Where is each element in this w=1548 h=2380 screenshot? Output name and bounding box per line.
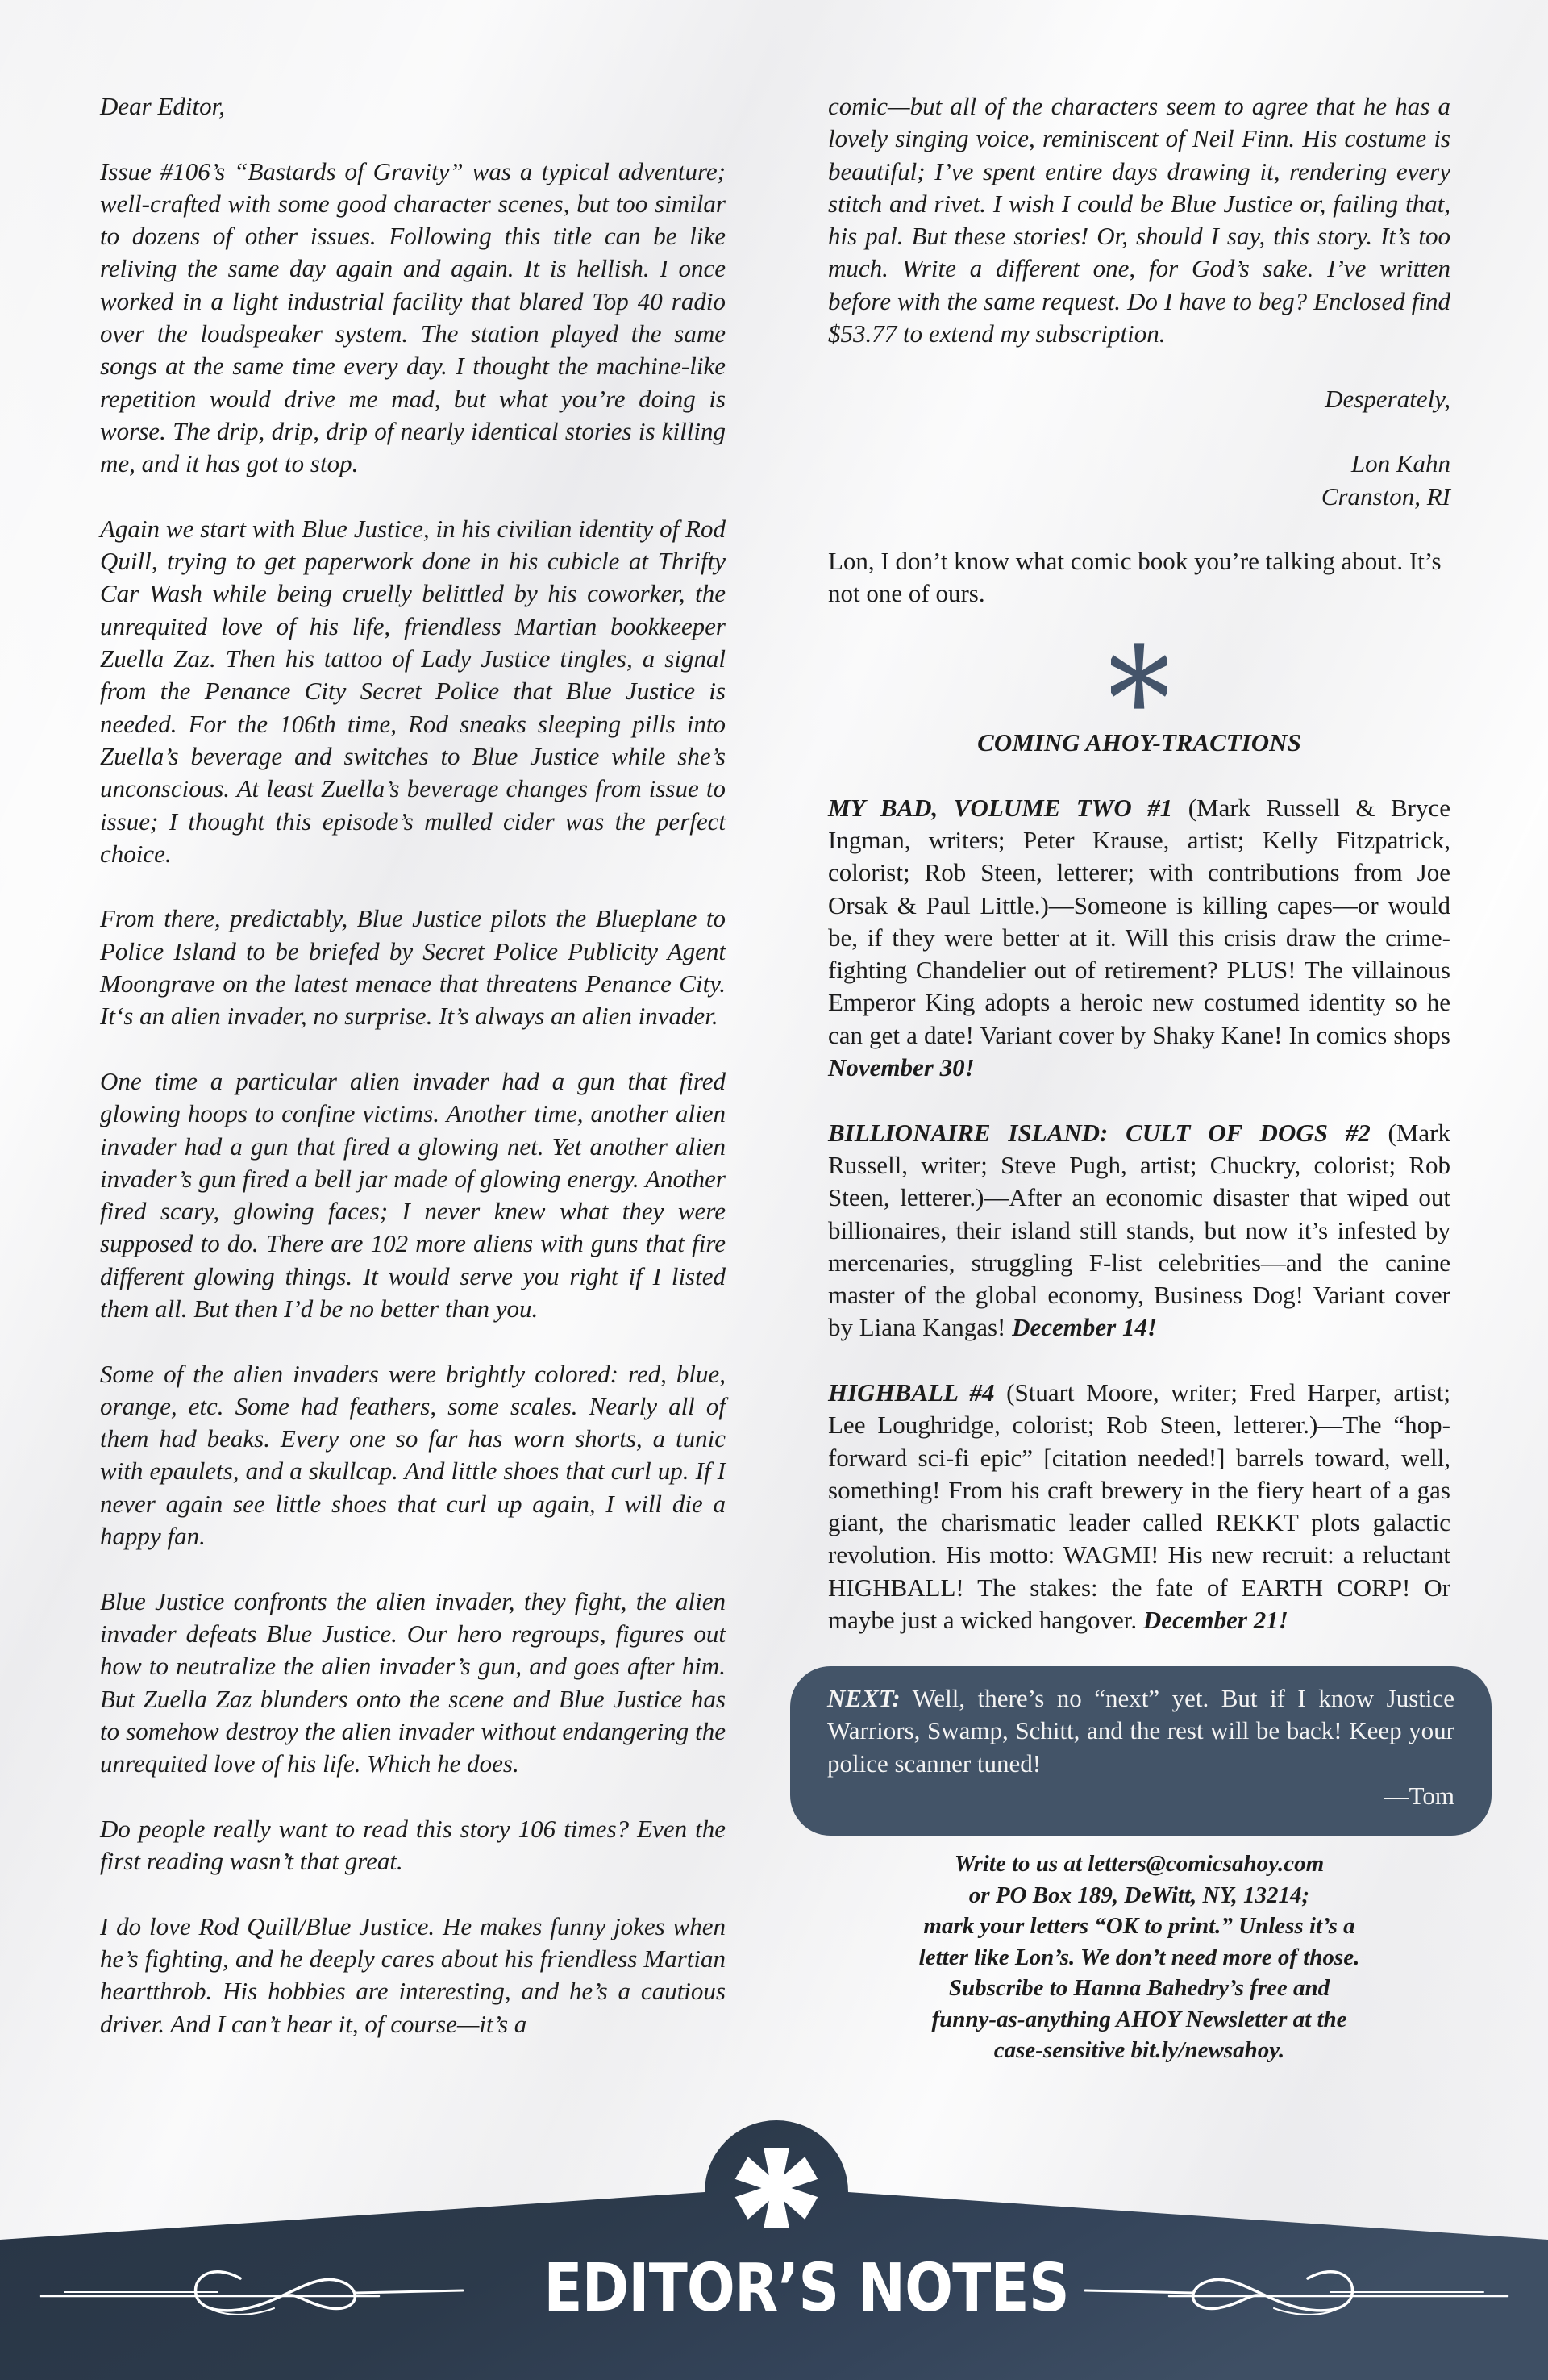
promo-title: HIGHBALL #4 <box>828 1378 994 1407</box>
promo-body: (Mark Russell, writer; Steve Pugh, artis… <box>828 1119 1450 1342</box>
promo-date: November 30! <box>828 1053 975 1082</box>
promo-item: HIGHBALL #4 (Stuart Moore, writer; Fred … <box>828 1377 1450 1636</box>
next-signoff: —Tom <box>827 1780 1454 1812</box>
next-label: NEXT: <box>827 1684 901 1712</box>
letter-paragraph: I do love Rod Quill/Blue Justice. He mak… <box>100 1911 726 2040</box>
next-text: NEXT: Well, there’s no “next” yet. But i… <box>827 1682 1454 1780</box>
letter-paragraph: One time a particular alien invader had … <box>100 1065 726 1325</box>
editor-reply: Lon, I don’t know what comic book you’re… <box>828 545 1450 611</box>
contact-line: letter like Lon’s. We don’t need more of… <box>828 1942 1450 1974</box>
promo-body: (Mark Russell & Bryce Ingman, writers; P… <box>828 794 1450 1049</box>
letter-signature-block: Desperately, Lon Kahn Cranston, RI <box>828 383 1450 513</box>
letter-paragraph: Do people really want to read this story… <box>100 1813 726 1878</box>
contact-line: funny-as-anything AHOY Newsletter at the <box>828 2004 1450 2036</box>
next-issue-box: NEXT: Well, there’s no “next” yet. But i… <box>790 1666 1492 1836</box>
letter-paragraph: Again we start with Blue Justice, in his… <box>100 513 726 870</box>
promo-title: MY BAD, VOLUME TWO #1 <box>828 794 1172 822</box>
section-divider <box>828 643 1450 709</box>
promo-item: BILLIONAIRE ISLAND: CULT OF DOGS #2 (Mar… <box>828 1117 1450 1344</box>
letter-paragraph: Some of the alien invaders were brightly… <box>100 1358 726 1553</box>
editors-notes-banner <box>0 2097 1548 2380</box>
next-body: Well, there’s no “next” yet. But if I kn… <box>827 1684 1454 1778</box>
letter-paragraph: comic—but all of the characters seem to … <box>828 90 1450 350</box>
contact-line: mark your letters “OK to print.” Unless … <box>828 1911 1450 1942</box>
promo-date: December 21! <box>1143 1606 1288 1634</box>
banner-shape <box>0 2097 1548 2380</box>
letter-paragraph: Blue Justice confronts the alien invader… <box>100 1586 726 1781</box>
promo-title: BILLIONAIRE ISLAND: CULT OF DOGS #2 <box>828 1119 1371 1147</box>
contact-line-email: Write to us at letters@comicsahoy.com <box>828 1849 1450 1880</box>
letter-salutation: Dear Editor, <box>100 90 726 123</box>
contact-line-address: or PO Box 189, DeWitt, NY, 13214; <box>828 1880 1450 1911</box>
promo-body: (Stuart Moore, writer; Fred Harper, arti… <box>828 1378 1450 1634</box>
letter-column-left: Dear Editor, Issue #106’s “Bastards of G… <box>100 90 726 2073</box>
signature-location: Cranston, RI <box>828 481 1450 513</box>
asterisk-icon <box>1111 643 1167 709</box>
promo-item: MY BAD, VOLUME TWO #1 (Mark Russell & Br… <box>828 792 1450 1085</box>
page-title: EDITOR’S NOTES <box>543 2250 1012 2328</box>
letter-continuation: comic—but all of the characters seem to … <box>828 90 1450 350</box>
signature-name: Lon Kahn <box>828 448 1450 480</box>
letter-column-right: comic—but all of the characters seem to … <box>828 90 1450 1669</box>
contact-line: Subscribe to Hanna Bahedry’s free and <box>828 1973 1450 2004</box>
letter-closing: Desperately, <box>828 383 1450 415</box>
promo-date: December 14! <box>1012 1313 1157 1341</box>
letter-paragraph: Issue #106’s “Bastards of Gravity” was a… <box>100 156 726 481</box>
letter-paragraph: From there, predictably, Blue Justice pi… <box>100 902 726 1032</box>
coming-attractions-heading: COMING AHOY-TRACTIONS <box>828 727 1450 759</box>
contact-info: Write to us at letters@comicsahoy.com or… <box>828 1849 1450 2066</box>
contact-line-newsletter-link: case-sensitive bit.ly/newsahoy. <box>828 2035 1450 2066</box>
